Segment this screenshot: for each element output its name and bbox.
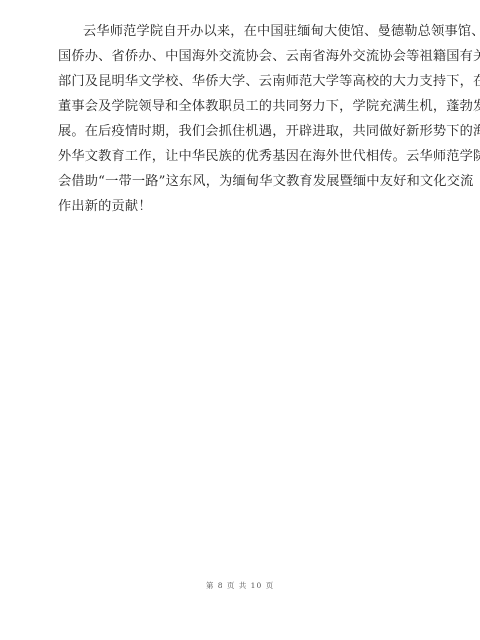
paragraph-line: 董事会及学院领导和全体教职员工的共同努力下，学院充满生机，蓬勃发	[58, 94, 428, 119]
paragraph-line: 作出新的贡献！	[58, 194, 428, 219]
body-paragraph: 云华师范学院自开办以来，在中国驻缅甸大使馆、曼德勒总领事馆、 国侨办、省侨办、中…	[58, 19, 428, 219]
paragraph-line: 部门及昆明华文学校、华侨大学、云南师范大学等高校的大力支持下，在	[58, 69, 428, 94]
document-page: 云华师范学院自开办以来，在中国驻缅甸大使馆、曼德勒总领事馆、 国侨办、省侨办、中…	[0, 0, 480, 640]
page-number-footer: 第 8 页 共 10 页	[0, 580, 480, 591]
paragraph-line: 展。在后疫情时期，我们会抓住机遇，开辟进取，共同做好新形势下的海	[58, 119, 428, 144]
paragraph-line: 云华师范学院自开办以来，在中国驻缅甸大使馆、曼德勒总领事馆、	[58, 19, 428, 44]
paragraph-line: 国侨办、省侨办、中国海外交流协会、云南省海外交流协会等祖籍国有关	[58, 44, 428, 69]
paragraph-line: 外华文教育工作，让中华民族的优秀基因在海外世代相传。云华师范学院	[58, 144, 428, 169]
paragraph-line: 会借助“一带一路”这东风，为缅甸华文教育发展暨缅中友好和文化交流	[58, 169, 428, 194]
